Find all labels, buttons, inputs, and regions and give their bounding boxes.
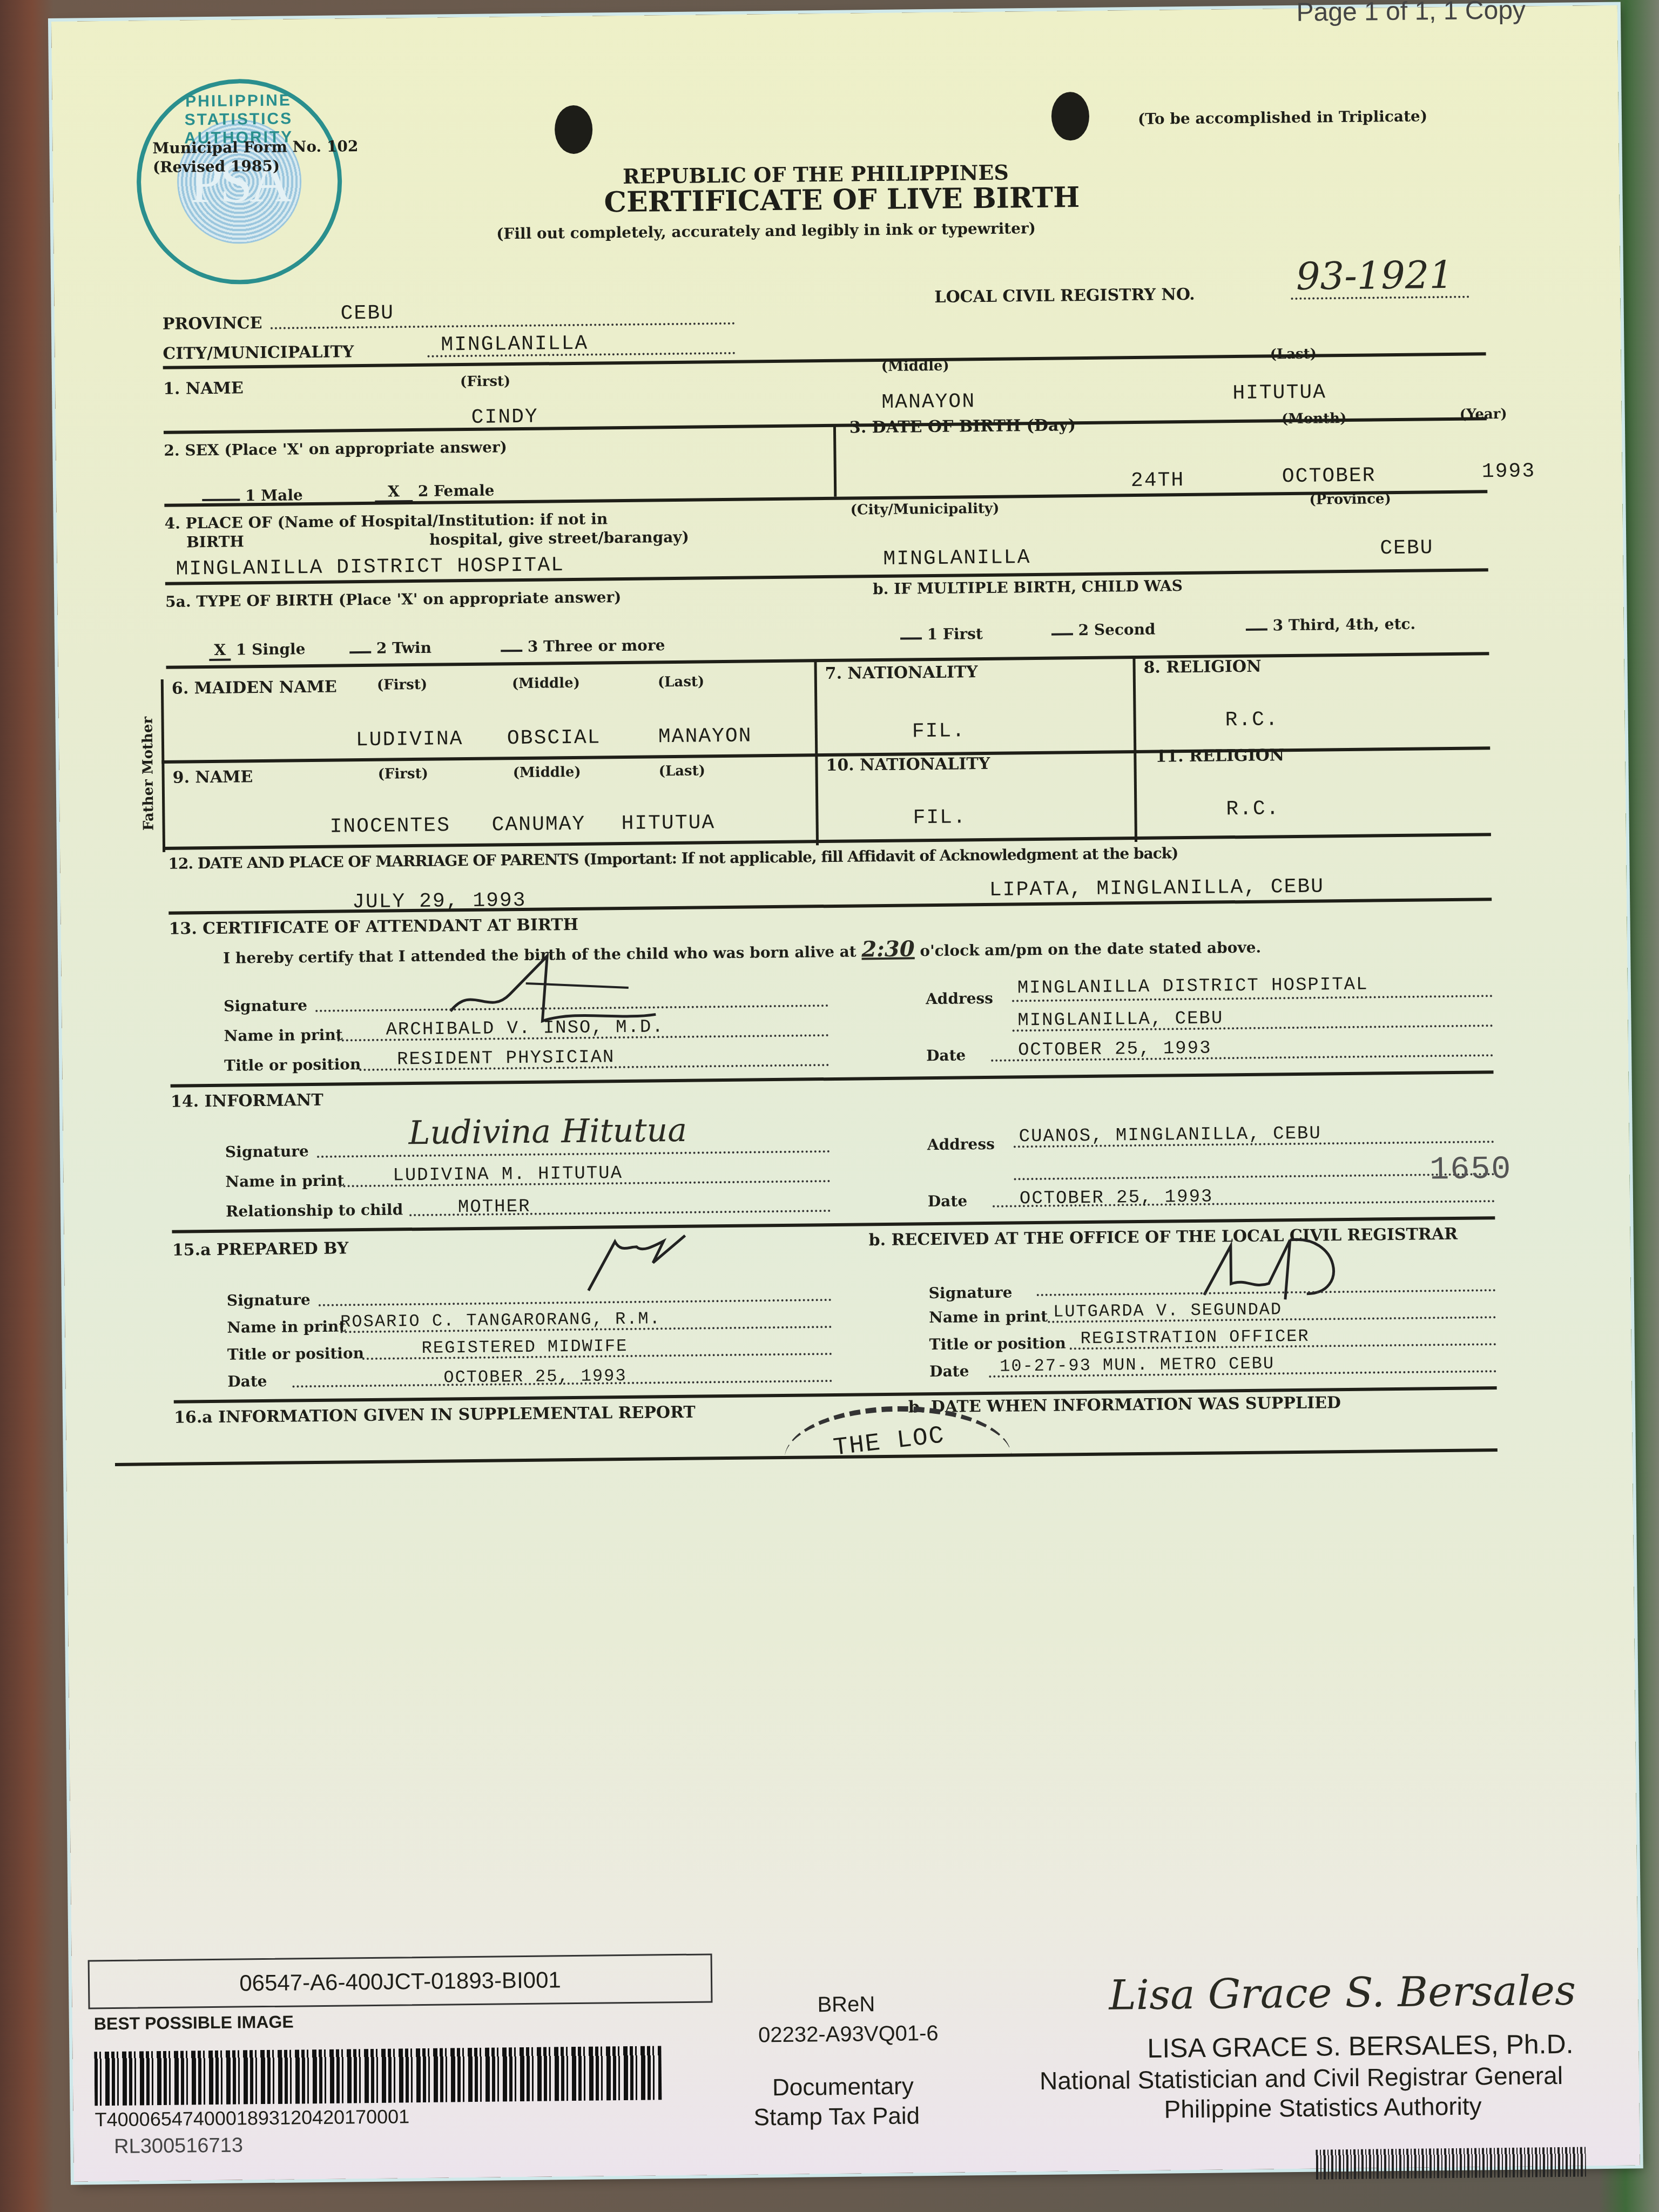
marriage-place: LIPATA, MINGLANILLA, CEBU (989, 875, 1325, 901)
signatory-name: LISA GRACE S. BERSALES, Ph.D. (1147, 2028, 1574, 2064)
signatory-title: National Statistician and Civil Registra… (1040, 2061, 1563, 2095)
registry-number: 93-1921 (1296, 253, 1454, 299)
city-value: MINGLANILLA (441, 332, 588, 357)
informant-address: CUANOS, MINGLANILLA, CEBU (1019, 1123, 1321, 1147)
attendant-date: OCTOBER 25, 1993 (1018, 1038, 1212, 1061)
province-label: PROVINCE (163, 314, 262, 334)
mother-middle-label: (Middle) (512, 675, 580, 692)
attendant-address-line1: MINGLANILLA DISTRICT HOSPITAL (1017, 975, 1368, 999)
father-last-name: HITUTUA (621, 811, 715, 835)
triplicate-note: (To be accomplished in Triplicate) (1138, 107, 1427, 128)
dotted-line (317, 1150, 830, 1158)
mother-nationality: FIL. (912, 719, 966, 743)
pob-province: CEBU (1380, 536, 1434, 560)
dotted-line (1014, 1173, 1495, 1180)
informant-date-label: Date (928, 1192, 968, 1210)
received-title: REGISTRATION OFFICER (1080, 1326, 1309, 1348)
form-revised: (Revised 1985) (153, 157, 280, 176)
multiple-second[interactable]: 2 Second (1051, 621, 1156, 639)
mother-middle-name: OBSCIAL (507, 726, 601, 750)
father-first-label: (First) (377, 766, 428, 783)
prepared-date-label: Date (227, 1372, 267, 1391)
pob-hospital: MINGLANILLA DISTRICT HOSPITAL (176, 554, 564, 581)
bren-label: BReN (817, 1992, 875, 2017)
middle-label: (Middle) (881, 358, 949, 375)
birth-time: 2:30 (861, 936, 915, 962)
father-nationality-label: 10. NATIONALITY (826, 754, 990, 775)
child-first-name: CINDY (471, 406, 538, 429)
sex-label: 2. SEX (Place 'X' on appropriate answer) (164, 438, 507, 460)
prepared-signature (577, 1230, 713, 1296)
received-name: LUTGARDA V. SEGUNDAD (1053, 1299, 1282, 1321)
pob-label-hint: hospital, give street/barangay) (429, 528, 689, 549)
rule (1132, 656, 1137, 842)
attendant-title-label: Title or position (224, 1055, 361, 1075)
pob-city-label: (City/Municipality) (850, 501, 999, 518)
bren-number: 02232-A93VQ01-6 (758, 2021, 939, 2047)
father-religion-label: 11. RELIGION (1155, 746, 1284, 766)
document-code: 06547-A6-400JCT-01893-BI001 (239, 1967, 561, 1996)
dob-year-label: (Year) (1460, 406, 1507, 423)
birth-type-label: 5a. TYPE OF BIRTH (Place 'X' on appropri… (165, 588, 622, 611)
attendant-certify: I hereby certify that I attended the bir… (223, 933, 1261, 969)
informant-stamp-number: 1650 (1429, 1151, 1512, 1189)
informant-label: 14. INFORMANT (171, 1091, 323, 1111)
father-nationality: FIL. (913, 806, 967, 829)
birth-type-three[interactable]: 3 Three or more (501, 636, 665, 656)
father-label: 9. NAME (172, 767, 253, 787)
dob-day: 24TH (1131, 469, 1185, 493)
prepared-title-label: Title or position (227, 1344, 364, 1364)
marriage-label: 12. DATE AND PLACE OF MARRIAGE OF PARENT… (168, 844, 1178, 873)
father-religion: R.C. (1226, 797, 1280, 821)
informant-relationship-label: Relationship to child (226, 1201, 403, 1220)
received-title-label: Title or position (929, 1334, 1066, 1353)
rule (164, 490, 1487, 507)
received-name-label: Name in print (929, 1307, 1048, 1326)
city-label: CITY/MUNICIPALITY (163, 342, 354, 363)
mother-first-name: LUDIVINA (356, 727, 463, 752)
pob-province-label: (Province) (1309, 491, 1391, 508)
multiple-third[interactable]: 3 Third, 4th, etc. (1246, 615, 1416, 635)
informant-name: LUDIVINA M. HITUTUA (393, 1163, 623, 1186)
rl-number: RL300516713 (114, 2134, 243, 2158)
signatory-org: Philippine Statistics Authority (1164, 2091, 1482, 2123)
prepared-date: OCTOBER 25, 1993 (443, 1366, 627, 1388)
attendant-address-line2: MINGLANILLA, CEBU (1017, 1008, 1223, 1031)
mother-religion: R.C. (1225, 708, 1279, 732)
supplemental-label: 16.a INFORMATION GIVEN IN SUPPLEMENTAL R… (174, 1403, 696, 1427)
mother-nationality-label: 7. NATIONALITY (825, 663, 978, 683)
father-middle-name: CANUMAY (491, 813, 585, 837)
multiple-first[interactable]: 1 First (900, 625, 983, 644)
stamp-tax-line1: Documentary (772, 2073, 914, 2101)
received-label: b. RECEIVED AT THE OFFICE OF THE LOCAL C… (869, 1224, 1490, 1250)
mother-last-label: (Last) (658, 673, 705, 690)
rule (171, 1070, 1494, 1088)
document-barcode (94, 2046, 662, 2106)
father-middle-label: (Middle) (512, 764, 581, 781)
birth-type-twin[interactable]: 2 Twin (349, 639, 431, 658)
multiple-birth-label: b. IF MULTIPLE BIRTH, CHILD WAS (873, 577, 1183, 598)
mother-label: 6. MAIDEN NAME (172, 678, 337, 698)
rule (161, 679, 165, 852)
dob-label: 3. DATE OF BIRTH (Day) (849, 416, 1076, 437)
informant-relationship: MOTHER (458, 1197, 531, 1218)
attendant-date-label: Date (926, 1046, 966, 1064)
name-label: 1. NAME (163, 379, 244, 399)
child-middle-name: MANAYON (881, 390, 975, 414)
informant-signature-label: Signature (225, 1142, 309, 1161)
mother-first-label: (First) (377, 677, 428, 693)
registrar-general-signature: Lisa Grace S. Bersales (1109, 1966, 1576, 2019)
father-first-name: INOCENTES (329, 814, 450, 838)
pob-city: MINGLANILLA (883, 546, 1030, 571)
stamp-tax-line2: Stamp Tax Paid (753, 2102, 920, 2131)
birth-certificate: Page 1 of 1, 1 Copy PHILIPPINE STATISTIC… (51, 5, 1640, 2182)
rule (833, 427, 837, 497)
document-code-box: 06547-A6-400JCT-01893-BI001 (88, 1953, 713, 2009)
dob-month-label: (Month) (1282, 410, 1347, 427)
informant-address-label: Address (927, 1135, 995, 1154)
registry-label: LOCAL CIVIL REGISTRY NO. (934, 285, 1195, 307)
sex-female-option[interactable]: X 2 Female (375, 481, 495, 502)
province-value: CEBU (340, 301, 394, 325)
form-number: Municipal Form No. 102 (152, 137, 358, 157)
punch-hole (1051, 92, 1089, 141)
side-label-parents: Father Mother (139, 717, 157, 831)
pob-label-birth: BIRTH (186, 532, 244, 551)
informant-date: OCTOBER 25, 1993 (1020, 1187, 1213, 1210)
mother-last-name: MANAYON (658, 724, 752, 748)
received-date-label: Date (929, 1362, 969, 1380)
supplemental-date-label: b. DATE WHEN INFORMATION WAS SUPPLIED (908, 1393, 1341, 1417)
attendant-name: ARCHIBALD V. INSO, M.D. (386, 1017, 664, 1040)
prepared-name: ROSARIO C. TANGARORANG, R.M. (340, 1309, 661, 1332)
prepared-name-label: Name in print (227, 1317, 346, 1336)
informant-signature: Ludivina Hitutua (408, 1111, 687, 1152)
attendant-title: RESIDENT PHYSICIAN (397, 1047, 615, 1070)
received-date: 10-27-93 MUN. METRO CEBU (1000, 1353, 1274, 1376)
dob-month: OCTOBER (1282, 464, 1376, 488)
instructions: (Fill out completely, accurately and leg… (496, 219, 1036, 242)
prepared-signature-label: Signature (227, 1291, 311, 1310)
psa-seal: PHILIPPINE STATISTICS AUTHORITY PSA (136, 78, 343, 285)
attendant-signature-label: Signature (224, 996, 307, 1015)
attendant-name-label: Name in print (224, 1026, 343, 1044)
birth-type-single[interactable]: X 1 Single (209, 640, 306, 661)
certificate-title: CERTIFICATE OF LIVE BIRTH (604, 181, 1080, 219)
attendant-address-label: Address (926, 989, 993, 1008)
prepared-title: REGISTERED MIDWIFE (422, 1336, 628, 1358)
prepared-label: 15.a PREPARED BY (172, 1239, 349, 1259)
dob-year: 1993 (1482, 460, 1536, 483)
child-last-name: HITUTUA (1232, 381, 1326, 405)
security-barcode (1316, 2147, 1586, 2179)
best-possible-image: BEST POSSIBLE IMAGE (94, 2012, 294, 2034)
page-count: Page 1 of 1, 1 Copy (1296, 0, 1526, 28)
barcode-number: T4000654740001893120420170001 (95, 2105, 409, 2131)
punch-hole (555, 105, 593, 154)
first-label: (First) (460, 373, 511, 390)
received-signature-label: Signature (929, 1283, 1013, 1302)
mother-religion-label: 8. RELIGION (1143, 657, 1261, 677)
father-last-label: (Last) (658, 763, 705, 779)
attendant-label: 13. CERTIFICATE OF ATTENDANT AT BIRTH (168, 915, 578, 939)
dotted-line (319, 1299, 832, 1306)
last-label: (Last) (1270, 346, 1317, 362)
informant-name-label: Name in print (225, 1171, 344, 1190)
